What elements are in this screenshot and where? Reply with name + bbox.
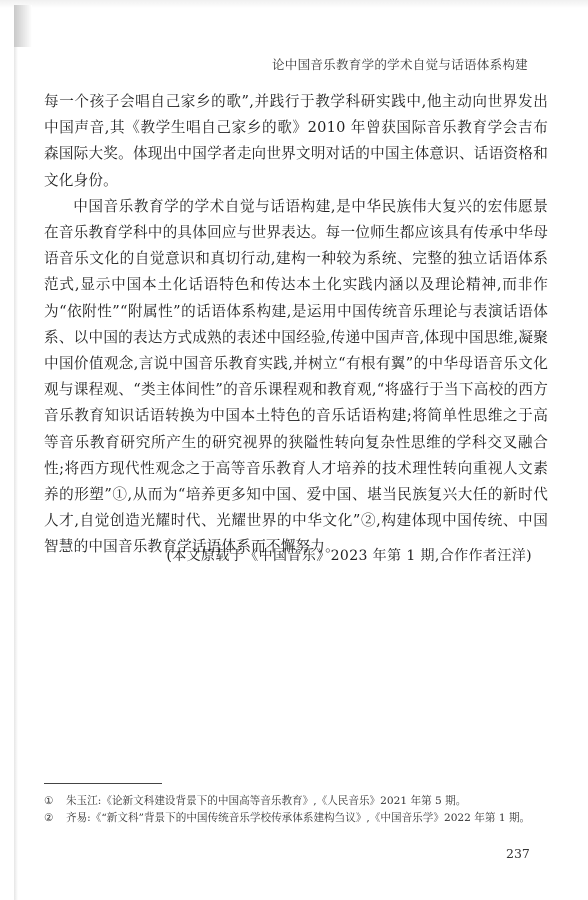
footnote-1: ① 朱玉江:《论新文科建设背景下的中国高等音乐教育》,《人民音乐》2021 年第…	[44, 793, 554, 810]
footnote-mark: ②	[44, 810, 66, 827]
running-head: 论中国音乐教育学的学术自觉与话语体系构建	[272, 55, 528, 73]
page-number: 237	[506, 846, 530, 861]
footnote-divider	[44, 783, 162, 784]
footnote-text: 齐易:《“新文科”背景下的中国传统音乐学校传承体系建构刍议》,《中国音乐学》20…	[66, 810, 530, 827]
page-binding-shadow	[14, 5, 18, 900]
footnotes: ① 朱玉江:《论新文科建设背景下的中国高等音乐教育》,《人民音乐》2021 年第…	[44, 793, 554, 827]
footnote-text: 朱玉江:《论新文科建设背景下的中国高等音乐教育》,《人民音乐》2021 年第 5…	[66, 793, 466, 810]
paragraph-continuation: 每一个孩子会唱自己家乡的歌”,并践行于教学科研实践中,他主动向世界发出中国声音,…	[44, 89, 548, 194]
page-top-shade	[0, 0, 588, 8]
footnote-2: ② 齐易:《“新文科”背景下的中国传统音乐学校传承体系建构刍议》,《中国音乐学》…	[44, 810, 554, 827]
article-body: 每一个孩子会唱自己家乡的歌”,并践行于教学科研实践中,他主动向世界发出中国声音,…	[44, 89, 548, 561]
footnote-mark: ①	[44, 793, 66, 810]
page-corner-shadow	[14, 5, 32, 47]
paragraph-main: 中国音乐教育学的学术自觉与话语构建,是中华民族伟大复兴的宏伟愿景在音乐教育学科中…	[44, 194, 548, 561]
source-note: (本文原载于《中国音乐》2023 年第 1 期,合作作者汪洋)	[166, 545, 532, 565]
